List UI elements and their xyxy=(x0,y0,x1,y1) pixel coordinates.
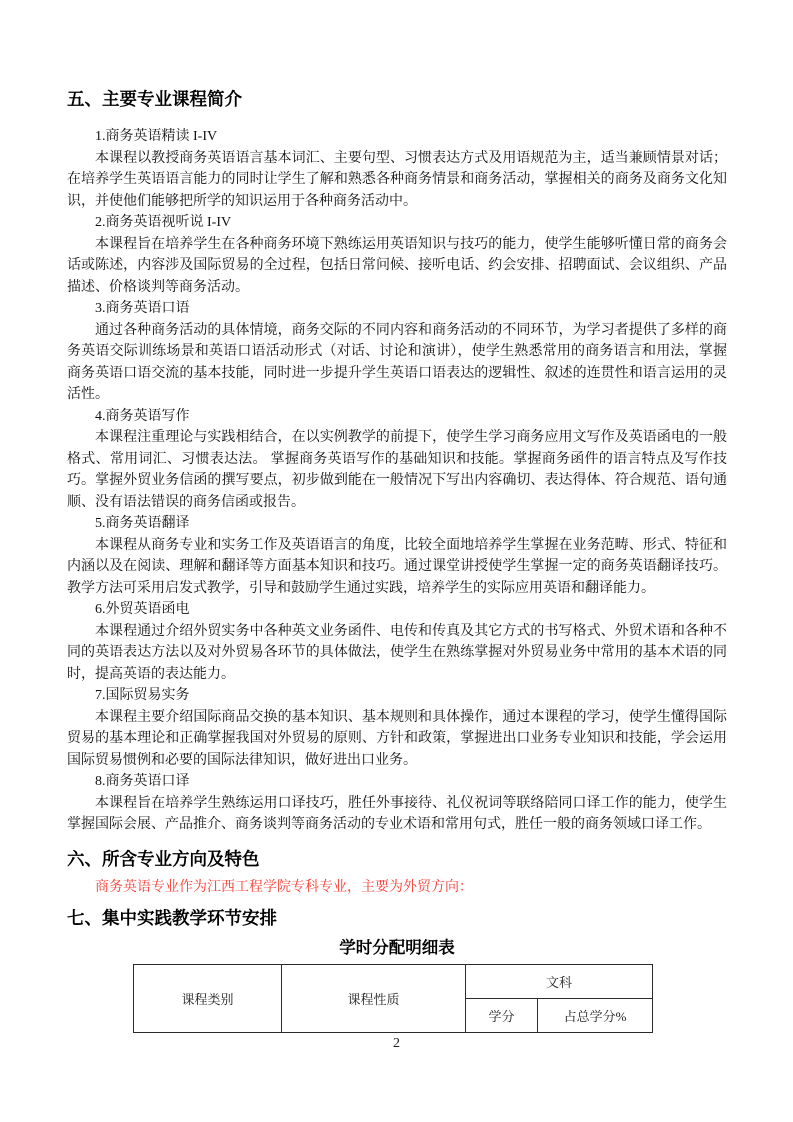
heading-specializations: 六、所含专业方向及特色 xyxy=(67,846,727,872)
course-title: 2.商务英语视听说 I-IV xyxy=(67,212,727,234)
course-description: 本课程旨在培养学生熟练运用口译技巧，胜任外事接待、礼仪祝词等联络陪同口译工作的能… xyxy=(67,793,727,836)
course-section-8: 8.商务英语口译 本课程旨在培养学生熟练运用口译技巧，胜任外事接待、礼仪祝词等联… xyxy=(67,771,727,836)
page-number: 2 xyxy=(0,1036,793,1052)
course-description: 本课程主要介绍国际商品交换的基本知识、基本规则和具体操作，通过本课程的学习，使学… xyxy=(67,707,727,772)
course-section-6: 6.外贸英语函电 本课程通过介绍外贸实务中各种英文业务函件、电传和传真及其它方式… xyxy=(67,599,727,685)
course-section-3: 3.商务英语口语 通过各种商务活动的具体情境，商务交际的不同内容和商务活动的不同… xyxy=(67,298,727,406)
header-credits: 学分 xyxy=(466,998,538,1032)
course-section-2: 2.商务英语视听说 I-IV 本课程旨在培养学生在各种商务环境下熟练运用英语知识… xyxy=(67,212,727,298)
course-description: 本课程通过介绍外贸实务中各种英文业务函件、电传和传真及其它方式的书写格式、外贸术… xyxy=(67,621,727,686)
course-description: 本课程旨在培养学生在各种商务环境下熟练运用英语知识与技巧的能力，使学生能够听懂日… xyxy=(67,234,727,299)
document-page: 五、主要专业课程简介 1.商务英语精读 I-IV 本课程以教授商务英语语言基本词… xyxy=(0,0,793,1122)
course-title: 3.商务英语口语 xyxy=(67,298,727,320)
course-description: 通过各种商务活动的具体情境，商务交际的不同内容和商务活动的不同环节，为学习者提供… xyxy=(67,320,727,406)
course-section-5: 5.商务英语翻译 本课程从商务专业和实务工作及英语语言的角度，比较全面地培养学生… xyxy=(67,513,727,599)
header-liberal-arts: 文科 xyxy=(466,964,653,998)
course-title: 6.外贸英语函电 xyxy=(67,599,727,621)
course-section-1: 1.商务英语精读 I-IV 本课程以教授商务英语语言基本词汇、主要句型、习惯表达… xyxy=(67,126,727,212)
course-section-7: 7.国际贸易实务 本课程主要介绍国际商品交换的基本知识、基本规则和具体操作，通过… xyxy=(67,685,727,771)
credit-hours-table: 课程类别 课程性质 文科 学分 占总学分% xyxy=(133,964,653,1033)
course-title: 7.国际贸易实务 xyxy=(67,685,727,707)
course-title: 5.商务英语翻译 xyxy=(67,513,727,535)
table-title: 学时分配明细表 xyxy=(67,937,727,959)
course-title: 8.商务英语口译 xyxy=(67,771,727,793)
course-description: 本课程以教授商务英语语言基本词汇、主要句型、习惯表达方式及用语规范为主，适当兼顾… xyxy=(67,148,727,213)
course-description: 本课程从商务专业和实务工作及英语语言的角度，比较全面地培养学生掌握在业务范畴、形… xyxy=(67,535,727,600)
header-course-nature: 课程性质 xyxy=(282,964,466,1032)
heading-main-courses: 五、主要专业课程简介 xyxy=(67,86,727,112)
specialization-note: 商务英语专业作为江西工程学院专科专业，主要为外贸方向： xyxy=(67,878,727,898)
header-percent-of-total: 占总学分% xyxy=(538,998,653,1032)
header-course-category: 课程类别 xyxy=(134,964,282,1032)
course-description: 本课程注重理论与实践相结合，在以实例教学的前提下，使学生学习商务应用文写作及英语… xyxy=(67,427,727,513)
table-header-row-1: 课程类别 课程性质 文科 xyxy=(134,964,653,998)
course-section-4: 4.商务英语写作 本课程注重理论与实践相结合，在以实例教学的前提下，使学生学习商… xyxy=(67,406,727,514)
course-title: 1.商务英语精读 I-IV xyxy=(67,126,727,148)
course-title: 4.商务英语写作 xyxy=(67,406,727,428)
heading-practice-teaching: 七、集中实践教学环节安排 xyxy=(67,905,727,931)
